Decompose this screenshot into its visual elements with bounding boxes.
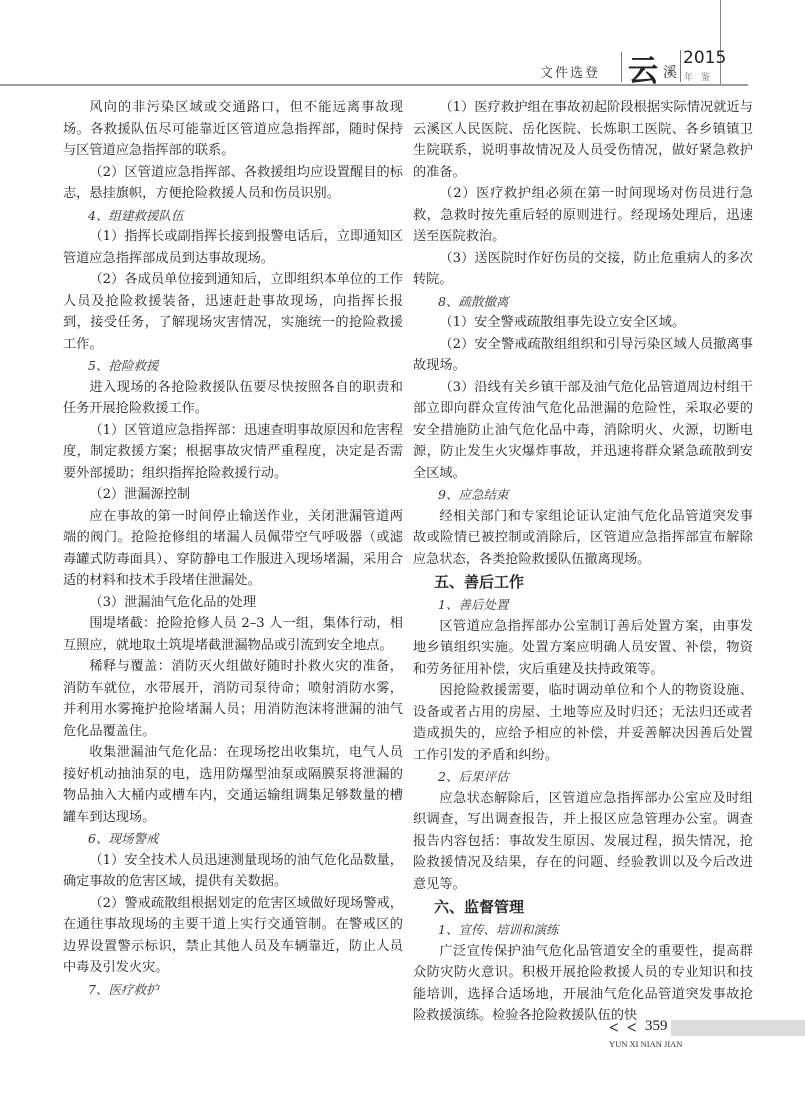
header-vertical-rule	[720, 0, 721, 85]
subheading: 9、应急结束	[413, 484, 753, 506]
paragraph: （3）送医院时作好伤员的交接，防止危重病人的多次转院。	[413, 248, 753, 291]
paragraph-continued: 风向的非污染区域或交通路口，但不能远离事故现场。各救援队伍尽可能靠近区管道应急指…	[63, 97, 403, 162]
paragraph: （2）医疗救护组必须在第一时间现场对伤员进行急救，急救时按先重后轻的原则进行。经…	[413, 183, 753, 248]
yearbook-year: 2015	[683, 48, 726, 68]
subheading: 7、医疗救护	[63, 979, 403, 1001]
paragraph: （3）泄漏油气危化品的处理	[63, 592, 403, 614]
subheading: 2、后果评估	[413, 766, 753, 788]
subheading: 6、现场警戒	[63, 828, 403, 850]
paragraph: （1）指挥长或副指挥长接到报警电话后，立即通知区管道应急指挥部成员到达事故现场。	[63, 226, 403, 269]
header-separator	[680, 50, 681, 82]
subheading: 4、组建救援队伍	[63, 205, 403, 227]
paragraph: 围堤堵截：抢险抢修人员 2–3 人一组，集体行动，相互照应，就地取土筑堤堵截泄漏…	[63, 613, 403, 656]
subheading: 8、疏散撤离	[413, 291, 753, 313]
paragraph: 广泛宣传保护油气危化品管道安全的重要性，提高群众防灾防火意识。积极开展抢险救援人…	[413, 941, 753, 1027]
left-text-column: 风向的非污染区域或交通路口，但不能远离事故现场。各救援队伍尽可能靠近区管道应急指…	[63, 97, 403, 1000]
paragraph: （2）各成员单位接到通知后，立即组织本单位的工作人员及抢险救援装备，迅速赶赴事故…	[63, 269, 403, 355]
page-number: 359	[645, 1018, 668, 1035]
paragraph: 收集泄漏油气危化品：在现场挖出收集坑，电气人员接好机动抽油泵的电，选用防爆型油泵…	[63, 742, 403, 828]
footer-bar	[671, 1020, 805, 1036]
subheading: 1、善后处置	[413, 594, 753, 616]
paragraph: （1）安全技术人员迅速测量现场的油气危化品数量，确定事故的危害区域，提供有关数据…	[63, 850, 403, 893]
paragraph: （2）区管道应急指挥部、各救援组均应设置醒目的标志，悬挂旗帜，方便抢险救援人员和…	[63, 162, 403, 205]
header-rule	[0, 84, 748, 86]
subheading: 5、抢险救援	[63, 355, 403, 377]
paragraph: （3）沿线有关乡镇干部及油气危化品管道周边村组干部立即向群众宣传油气危化品泄漏的…	[413, 377, 753, 485]
section-heading: 五、善后工作	[413, 570, 753, 594]
paragraph: （1）安全警戒疏散组事先设立安全区域。	[413, 312, 753, 334]
paragraph: 因抢险救援需要，临时调动单位和个人的物资设施、设备或者占用的房屋、土地等应及时归…	[413, 680, 753, 766]
paragraph: 进入现场的各抢险救援队伍要尽快按照各自的职责和任务开展抢险救援工作。	[63, 377, 403, 420]
paragraph: 应在事故的第一时间停止输送作业，关闭泄漏管道两端的阀门。抢险抢修组的堵漏人员佩带…	[63, 506, 403, 592]
header-separator	[621, 52, 622, 82]
paragraph: 经相关部门和专家组论证认定油气危化品管道突发事故或险情已被控制或消除后，区管道应…	[413, 506, 753, 571]
paragraph: 稀释与覆盖：消防灭火组做好随时扑救火灾的准备，消防车就位，水带展开，消防司泵待命…	[63, 656, 403, 742]
prev-arrows-icon: < <	[609, 1018, 639, 1038]
paragraph: （2）警戒疏散组根据划定的危害区域做好现场警戒，在通往事故现场的主要干道上实行交…	[63, 893, 403, 979]
section-heading: 六、监督管理	[413, 895, 753, 919]
page-footer: < < 359 YUN XI NIAN JIAN	[0, 1015, 805, 1055]
yearbook-label: 年鉴	[684, 70, 718, 83]
subheading: 1、宣传、培训和演练	[413, 919, 753, 941]
brand-logo-xi: 溪	[663, 62, 677, 82]
paragraph: （1）区管道应急指挥部：迅速查明事故原因和危害程度，制定救援方案；根据事故灾情严…	[63, 420, 403, 485]
paragraph: （2）泄漏源控制	[63, 484, 403, 506]
footer-pinyin: YUN XI NIAN JIAN	[609, 1039, 682, 1049]
paragraph: （2）安全警戒疏散组组织和引导污染区域人员撤离事故现场。	[413, 334, 753, 377]
paragraph: 应急状态解除后，区管道应急指挥部办公室应及时组织调查，写出调查报告，并上报区应急…	[413, 788, 753, 896]
page-header: 文件选登 云 溪 2015 年鉴	[0, 0, 805, 90]
paragraph: （1）医疗救护组在事故初起阶段根据实际情况就近与云溪区人民医院、岳化医院、长炼职…	[413, 97, 753, 183]
section-title: 文件选登	[540, 62, 600, 81]
right-text-column: （1）医疗救护组在事故初起阶段根据实际情况就近与云溪区人民医院、岳化医院、长炼职…	[413, 97, 753, 1027]
paragraph: 区管道应急指挥部办公室制订善后处置方案，由事发地乡镇组织实施。处置方案应明确人员…	[413, 616, 753, 681]
